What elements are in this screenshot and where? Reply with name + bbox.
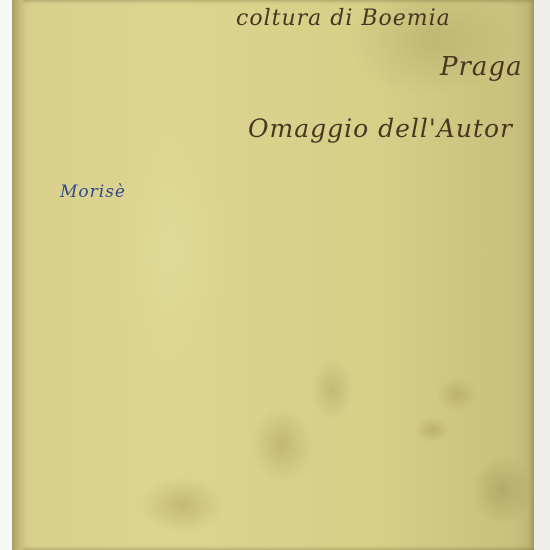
handwritten-line-coltura: coltura di Boemia [236, 6, 451, 31]
handwritten-line-praga: Praga [440, 52, 523, 82]
handwritten-line-omaggio: Omaggio dell'Autor [248, 114, 513, 143]
booklet-cover [12, 0, 534, 550]
photo-scene: coltura di Boemia Praga Omaggio dell'Aut… [0, 0, 550, 550]
booklet-spine-edge [12, 0, 26, 550]
handwritten-blue-note: Morisè [60, 182, 126, 202]
